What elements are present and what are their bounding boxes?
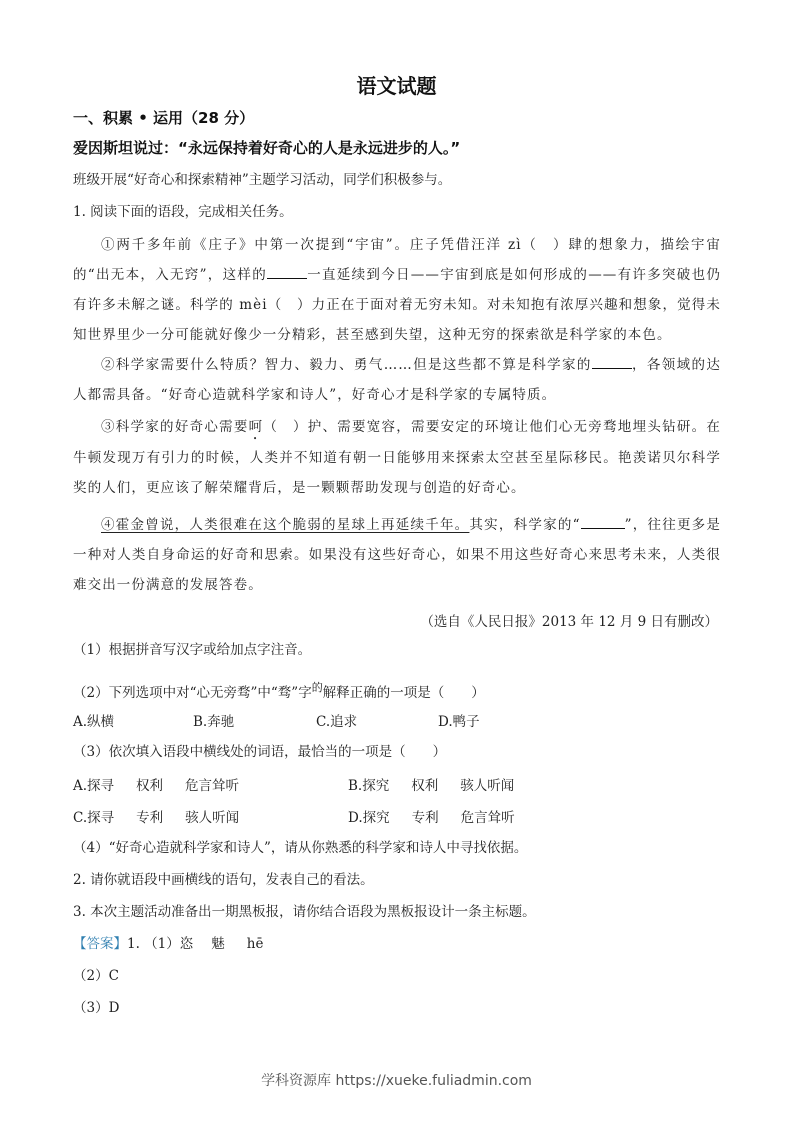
page-title: 语文试题 bbox=[0, 70, 793, 99]
answer-1-prefix: 1. （1） bbox=[127, 936, 180, 952]
option-3c-word-2: 专利 bbox=[136, 810, 163, 826]
footer-watermark: 学科资源库 https://xueke.fuliadmin.com bbox=[0, 1070, 793, 1090]
sub-question-2-sup: 的 bbox=[312, 681, 323, 694]
answer-line-3: （3）D bbox=[73, 998, 119, 1018]
option-3a-word-3: 危言耸听 bbox=[185, 778, 239, 794]
question-3: 3. 本次主题活动准备出一期黑板报，请你结合语段为黑板报设计一条主标题。 bbox=[73, 902, 536, 922]
option-3b[interactable]: B.探究权利骇人听闻 bbox=[348, 774, 514, 794]
fill-blank-1[interactable] bbox=[267, 264, 307, 279]
answer-label: 【答案】 bbox=[73, 936, 127, 952]
option-3b-word-1: B.探究 bbox=[348, 778, 389, 794]
underlined-sentence: ④霍金曾说，人类很难在这个脆弱的星球上再延续千年。 bbox=[101, 517, 469, 533]
fill-blank-3[interactable] bbox=[581, 514, 625, 529]
option-2a[interactable]: A.纵横 bbox=[73, 710, 114, 730]
fill-blank-2[interactable] bbox=[592, 354, 632, 369]
dotted-character: 呵 bbox=[249, 419, 264, 435]
document-page: 语文试题 一、积累 • 运用（28 分） 爱因斯坦说过：“永远保持着好奇心的人是… bbox=[0, 0, 793, 1122]
answer-line-1: 【答案】1. （1）恣魅hē bbox=[73, 934, 263, 954]
passage-paragraph-2: ②科学家需要什么特质？智力、毅力、勇气……但是这些都不算是科学家的，各领域的达人… bbox=[73, 350, 721, 410]
option-3c-word-3: 骇人听闻 bbox=[185, 810, 239, 826]
answer-line-2: （2）C bbox=[73, 966, 119, 986]
option-3d-word-1: D.探究 bbox=[348, 810, 390, 826]
sub-question-3: （3）依次填入语段中横线处的词语，最恰当的一项是（ ） bbox=[73, 742, 446, 762]
option-3b-word-2: 权利 bbox=[411, 778, 438, 794]
source-citation: （选自《人民日报》2013 年 12 月 9 日有删改） bbox=[420, 610, 718, 630]
option-3a-word-2: 权利 bbox=[136, 778, 163, 794]
question-2: 2. 请你就语段中画横线的语句，发表自己的看法。 bbox=[73, 870, 374, 890]
sub-question-1: （1）根据拼音写汉字或给加点字注音。 bbox=[73, 640, 311, 660]
passage-paragraph-4: ④霍金曾说，人类很难在这个脆弱的星球上再延续千年。其实，科学家的“”，往往更多是… bbox=[73, 510, 721, 600]
option-2b[interactable]: B.奔驰 bbox=[193, 710, 234, 730]
option-3c[interactable]: C.探寻专利骇人听闻 bbox=[73, 806, 239, 826]
answer-1-value-2: 魅 bbox=[211, 936, 225, 952]
answer-1-value-1: 恣 bbox=[180, 936, 194, 952]
option-3a[interactable]: A.探寻权利危言耸听 bbox=[73, 774, 239, 794]
option-3a-word-1: A.探寻 bbox=[73, 778, 114, 794]
passage-paragraph-1: ①两千多年前《庄子》中第一次提到“宇宙”。庄子凭借汪洋 zì（ ）肆的想象力，描… bbox=[73, 230, 721, 350]
option-3d[interactable]: D.探究专利危言耸听 bbox=[348, 806, 515, 826]
paragraph-2-text-a: ②科学家需要什么特质？智力、毅力、勇气……但是这些都不算是科学家的 bbox=[101, 357, 592, 373]
passage-paragraph-3: ③科学家的好奇心需要呵（ ）护、需要宽容，需要安定的环境让他们心无旁骛地埋头钻研… bbox=[73, 412, 721, 503]
answer-1-value-3: hē bbox=[247, 936, 264, 952]
option-2c[interactable]: C.追求 bbox=[316, 710, 357, 730]
question-1-prompt: 1. 阅读下面的语段，完成相关任务。 bbox=[73, 202, 293, 222]
einstein-quote: 爱因斯坦说过：“永远保持着好奇心的人是永远进步的人。” bbox=[73, 138, 460, 158]
section-heading: 一、积累 • 运用（28 分） bbox=[73, 108, 254, 128]
sub-question-2-text-a: （2）下列选项中对“心无旁骛”中“骛”字 bbox=[73, 685, 312, 701]
sub-question-2: （2）下列选项中对“心无旁骛”中“骛”字的解释正确的一项是（ ） bbox=[73, 678, 485, 703]
option-3b-word-3: 骇人听闻 bbox=[460, 778, 514, 794]
option-3d-word-3: 危言耸听 bbox=[461, 810, 515, 826]
option-3c-word-1: C.探寻 bbox=[73, 810, 114, 826]
option-2d[interactable]: D.鸭子 bbox=[438, 710, 480, 730]
sub-question-2-text-b: 解释正确的一项是（ ） bbox=[323, 685, 485, 701]
paragraph-3-text-a: ③科学家的好奇心需要 bbox=[101, 419, 249, 435]
activity-intro: 班级开展“好奇心和探索精神”主题学习活动，同学们积极参与。 bbox=[73, 170, 451, 190]
option-3d-word-2: 专利 bbox=[412, 810, 439, 826]
sub-question-4: （4）“好奇心造就科学家和诗人”，请从你熟悉的科学家和诗人中寻找依据。 bbox=[73, 838, 527, 858]
paragraph-4-text-a: 其实，科学家的“ bbox=[469, 517, 580, 533]
